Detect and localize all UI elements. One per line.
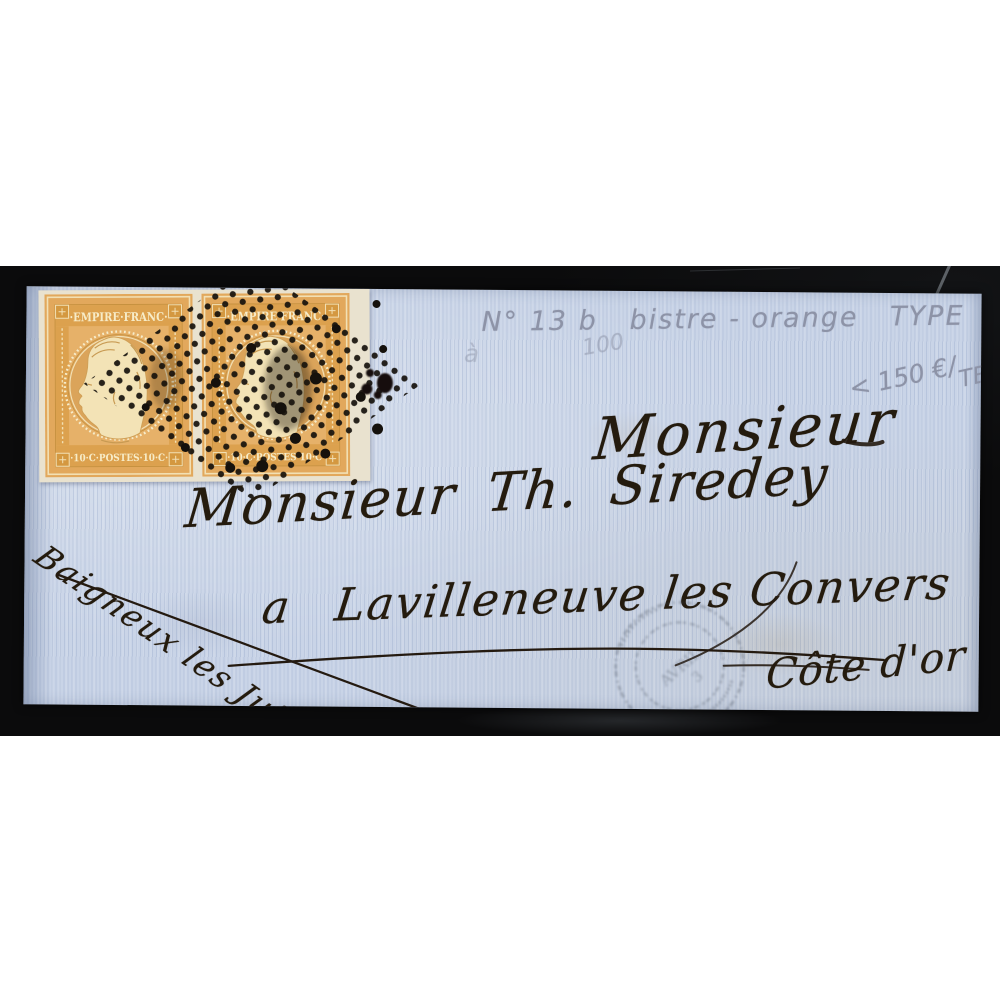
strikethrough-line (229, 646, 884, 671)
circular-datestamp: AVRIL 3 (615, 602, 744, 712)
pen-flourish (843, 441, 882, 445)
ink-marks-layer: AVRIL 3 (23, 286, 981, 711)
photo-background: ·EMPIRE·FRANC· ·10·C·POSTES·10·C· (0, 266, 1000, 736)
strikethrough-line (724, 665, 869, 670)
envelope: ·EMPIRE·FRANC· ·10·C·POSTES·10·C· (23, 286, 981, 711)
strikethrough-line (56, 575, 438, 712)
paper-smudge (455, 710, 785, 736)
white-mat-bottom (0, 736, 1000, 1000)
white-mat-top (0, 0, 1000, 266)
datestamp-day: 3 (689, 668, 706, 686)
photo-of-postal-cover: ·EMPIRE·FRANC· ·10·C·POSTES·10·C· (0, 0, 1000, 1000)
